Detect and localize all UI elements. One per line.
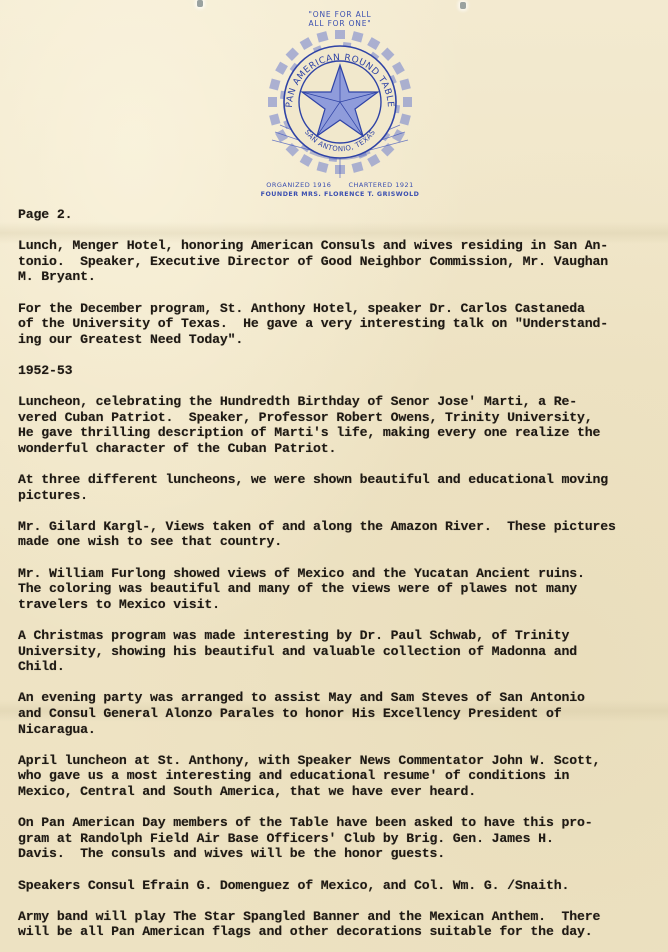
staple-hole-icon [197, 0, 203, 7]
paragraph: A Christmas program was made interesting… [18, 628, 663, 675]
text-line: On Pan American Day members of the Table… [18, 815, 663, 831]
letter-body: Page 2. Lunch, Menger Hotel, honoring Am… [18, 207, 663, 952]
text-line: Davis. The consuls and wives will be the… [18, 846, 663, 862]
text-line: A Christmas program was made interesting… [18, 628, 663, 644]
text-line: At three different luncheons, we were sh… [18, 472, 663, 488]
letterhead: "ONE FOR ALL ALL FOR ONE" [240, 0, 440, 205]
motto-line-1: "ONE FOR ALL [240, 10, 440, 19]
text-line: He gave thrilling description of Marti's… [18, 425, 663, 441]
text-line: Speakers Consul Efrain G. Domenguez of M… [18, 878, 663, 894]
text-line: of the University of Texas. He gave a ve… [18, 316, 663, 332]
text-line: will be all Pan American flags and other… [18, 924, 663, 940]
paragraph: Lunch, Menger Hotel, honoring American C… [18, 238, 663, 285]
text-line: Mr. Gilard Kargl-, Views taken of and al… [18, 519, 663, 535]
year-heading: 1952-53 [18, 363, 663, 379]
text-line: Luncheon, celebrating the Hundredth Birt… [18, 394, 663, 410]
text-line: M. Bryant. [18, 269, 663, 285]
text-line: 1952-53 [18, 363, 663, 379]
staple-hole-icon [460, 2, 466, 9]
text-line: made one wish to see that country. [18, 534, 663, 550]
organized-chartered-line: ORGANIZED 1916 CHARTERED 1921 [240, 181, 440, 189]
paragraph: An evening party was arranged to assist … [18, 690, 663, 737]
founder-line: FOUNDER MRS. FLORENCE T. GRISWOLD [240, 191, 440, 198]
text-line: Mexico, Central and South America, that … [18, 784, 663, 800]
text-line: Army band will play The Star Spangled Ba… [18, 909, 663, 925]
paragraph: Speakers Consul Efrain G. Domenguez of M… [18, 878, 663, 894]
text-line: An evening party was arranged to assist … [18, 690, 663, 706]
motto-line-2: ALL FOR ONE" [240, 19, 440, 28]
text-line: pictures. [18, 488, 663, 504]
text-line: wonderful character of the Cuban Patriot… [18, 441, 663, 457]
organized-date: ORGANIZED 1916 [266, 181, 331, 189]
text-line: tonio. Speaker, Executive Director of Go… [18, 254, 663, 270]
text-line: travelers to Mexico visit. [18, 597, 663, 613]
paragraph: Luncheon, celebrating the Hundredth Birt… [18, 394, 663, 456]
paragraph: April luncheon at St. Anthony, with Spea… [18, 753, 663, 800]
text-line: April luncheon at St. Anthony, with Spea… [18, 753, 663, 769]
text-line: Mr. William Furlong showed views of Mexi… [18, 566, 663, 582]
paragraph: For the December program, St. Anthony Ho… [18, 301, 663, 348]
text-line: University, showing his beautiful and va… [18, 644, 663, 660]
text-line: ing our Greatest Need Today". [18, 332, 663, 348]
paragraph: Mr. Gilard Kargl-, Views taken of and al… [18, 519, 663, 550]
page-number: Page 2. [18, 207, 663, 223]
paragraph: At three different luncheons, we were sh… [18, 472, 663, 503]
chartered-date: CHARTERED 1921 [349, 181, 414, 189]
paragraph: Mr. William Furlong showed views of Mexi… [18, 566, 663, 613]
text-line: vered Cuban Patriot. Speaker, Professor … [18, 410, 663, 426]
paragraph: On Pan American Day members of the Table… [18, 815, 663, 862]
text-line: Lunch, Menger Hotel, honoring American C… [18, 238, 663, 254]
motto: "ONE FOR ALL ALL FOR ONE" [240, 10, 440, 28]
letter-page: "ONE FOR ALL ALL FOR ONE" [0, 0, 668, 952]
paragraph: Army band will play The Star Spangled Ba… [18, 909, 663, 940]
text-line: and Consul General Alonzo Parales to hon… [18, 706, 663, 722]
text-line: For the December program, St. Anthony Ho… [18, 301, 663, 317]
text-line: Nicaragua. [18, 722, 663, 738]
text-line: Child. [18, 659, 663, 675]
star-seal-icon: PAN AMERICAN ROUND TABLE SAN ANTONIO, TE… [260, 30, 420, 180]
text-line: The coloring was beautiful and many of t… [18, 581, 663, 597]
text-line: who gave us a most interesting and educa… [18, 768, 663, 784]
text-line: gram at Randolph Field Air Base Officers… [18, 831, 663, 847]
